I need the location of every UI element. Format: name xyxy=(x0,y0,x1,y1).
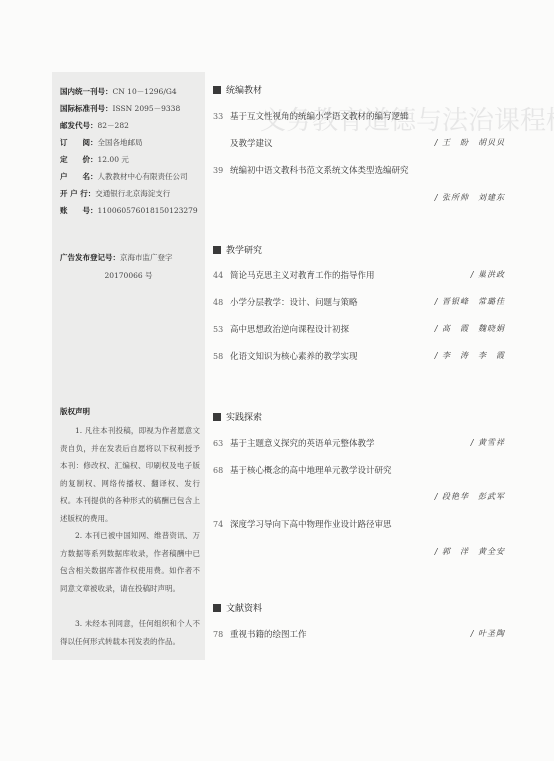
section-header-practice: 实践探索 xyxy=(213,410,262,423)
info-row-account-name: 户 名：人教教材中心有限责任公司 xyxy=(60,171,188,182)
info-row-issn: 国际标准刊号：ISSN 2095－9338 xyxy=(60,103,180,114)
info-row-account-number: 账 号：110060576018150123279 xyxy=(60,205,198,216)
toc-authors: / 高 霞 魏晓娟 xyxy=(435,323,505,334)
info-row-cn: 国内统一刊号：CN 10－1296/G4 xyxy=(60,86,177,97)
toc-authors: / 李 涛 李 霞 xyxy=(435,350,505,361)
toc-entry[interactable]: 58化语文知识为核心素养的教学实现/ 李 涛 李 霞 xyxy=(213,350,505,362)
toc-authors: / 王 盼 胡贝贝 xyxy=(435,137,505,148)
info-row-postal: 邮发代号：82－282 xyxy=(60,120,129,131)
section-square-icon xyxy=(213,413,221,421)
ad-registration: 广告发布登记号：京海市监广登字 xyxy=(60,252,173,263)
toc-authors: / 郭 洋 黄全安 xyxy=(435,546,505,557)
toc-entry[interactable]: 74深度学习导向下高中物理作业设计路径审思 xyxy=(213,518,505,530)
section-square-icon xyxy=(213,246,221,254)
toc-entry[interactable]: 48小学分层教学：设计、问题与策略/ 晋银峰 常璐佳 xyxy=(213,296,505,308)
toc-entry[interactable]: 68基于核心概念的高中地理单元教学设计研究 xyxy=(213,464,505,476)
section-header-literature: 文献资料 xyxy=(213,601,262,614)
toc-authors: / 巢洪政 xyxy=(471,269,505,280)
section-header-textbooks: 统编教材 xyxy=(213,83,262,96)
copyright-title: 版权声明 xyxy=(60,406,90,417)
toc-authors: / 张所帅 刘建东 xyxy=(435,192,505,203)
section-square-icon xyxy=(213,86,221,94)
ad-registration-number: 20170066 号 xyxy=(52,270,205,281)
toc-entry[interactable]: 39统编初中语文教科书范文系统文体类型选编研究 xyxy=(213,164,505,176)
info-row-bank: 开 户 行：交通银行北京海淀支行 xyxy=(60,188,170,199)
copyright-paragraph-3: 3. 未经本刊同意，任何组织和个人不得以任何形式转载本刊发表的作品。 xyxy=(60,615,200,650)
toc-entry[interactable]: 53高中思想政治逆向课程设计初探/ 高 霞 魏晓娟 xyxy=(213,323,505,335)
toc-entry[interactable]: 44简论马克思主义对教育工作的指导作用/ 巢洪政 xyxy=(213,269,505,281)
info-row-price: 定 价：12.00 元 xyxy=(60,154,129,165)
info-row-subscribe: 订 阅：全国各地邮局 xyxy=(60,137,143,148)
toc-authors: / 段艳华 彭武军 xyxy=(435,491,505,502)
toc-entry[interactable]: 33基于互文性视角的统编小学语文教材的编写逻辑 xyxy=(213,110,505,122)
copyright-paragraph-2: 2. 本刊已被中国知网、维普资讯、万方数据等系列数据库收录，作者稿酬中已包含相关… xyxy=(60,527,200,597)
toc-entry-continuation[interactable]: 及教学建议/ 王 盼 胡贝贝 xyxy=(213,137,505,149)
toc-entry[interactable]: 78重视书籍的绘图工作/ 叶圣陶 xyxy=(213,628,505,640)
copyright-paragraph-1: 1. 凡往本刊投稿，即视为作者愿意文责自负，并在发表后自愿将以下权利授予本刊：修… xyxy=(60,422,200,528)
toc-authors: / 晋银峰 常璐佳 xyxy=(435,296,505,307)
toc-authors: / 黄雪祥 xyxy=(471,437,505,448)
section-header-teaching-research: 教学研究 xyxy=(213,243,262,256)
section-square-icon xyxy=(213,604,221,612)
toc-entry[interactable]: 63基于主题意义探究的英语单元整体教学/ 黄雪祥 xyxy=(213,437,505,449)
toc-authors: / 叶圣陶 xyxy=(471,628,505,639)
publication-info-panel: 国内统一刊号：CN 10－1296/G4 国际标准刊号：ISSN 2095－93… xyxy=(52,72,205,660)
